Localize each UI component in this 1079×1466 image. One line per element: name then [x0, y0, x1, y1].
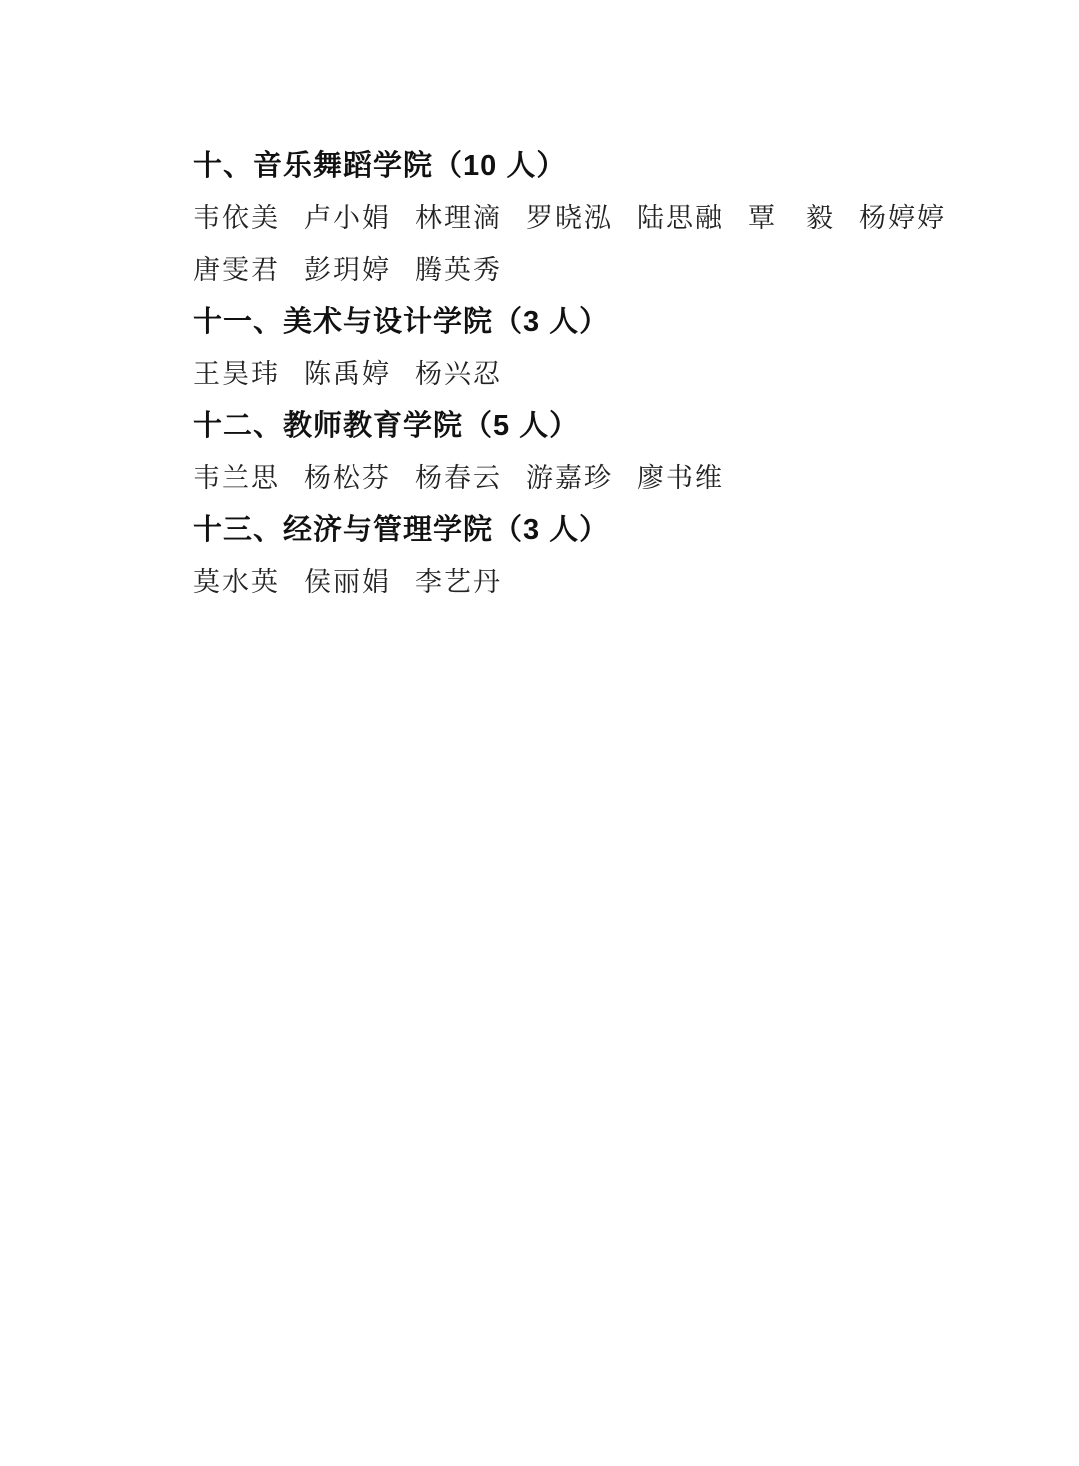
section-heading-line: 十、音乐舞蹈学院（10 人）: [193, 137, 979, 189]
person-name: 腾英秀: [415, 248, 502, 287]
section-heading: 十、音乐舞蹈学院（10 人）: [193, 143, 566, 184]
person-name: 莫水英: [193, 560, 280, 599]
person-name: 韦兰思: [193, 456, 280, 495]
person-name: 王昊玮: [193, 352, 280, 391]
person-name: 杨兴忍: [415, 352, 502, 391]
person-name: 唐雯君: [193, 248, 280, 287]
person-name: 杨婷婷: [859, 196, 946, 235]
section-heading-line: 十三、经济与管理学院（3 人）: [193, 501, 979, 553]
person-name: 林理滴: [415, 196, 502, 235]
section-heading: 十二、教师教育学院（5 人）: [193, 403, 579, 444]
document-content: 十、音乐舞蹈学院（10 人）韦依美卢小娟林理滴罗晓泓陆思融覃 毅杨婷婷唐雯君彭玥…: [193, 137, 979, 605]
name-line: 王昊玮陈禹婷杨兴忍: [193, 345, 979, 397]
name-line: 唐雯君彭玥婷腾英秀: [193, 241, 979, 293]
person-name: 杨松芬: [304, 456, 391, 495]
section-heading: 十三、经济与管理学院（3 人）: [193, 507, 609, 548]
person-name: 彭玥婷: [304, 248, 391, 287]
name-line: 韦依美卢小娟林理滴罗晓泓陆思融覃 毅杨婷婷: [193, 189, 979, 241]
name-line: 莫水英侯丽娟李艺丹: [193, 553, 979, 605]
section-heading-line: 十一、美术与设计学院（3 人）: [193, 293, 979, 345]
document-page: 十、音乐舞蹈学院（10 人）韦依美卢小娟林理滴罗晓泓陆思融覃 毅杨婷婷唐雯君彭玥…: [0, 0, 1079, 1466]
name-line: 韦兰思杨松芬杨春云游嘉珍廖书维: [193, 449, 979, 501]
person-name: 陆思融: [637, 196, 724, 235]
person-name: 覃 毅: [748, 196, 835, 235]
person-name: 卢小娟: [304, 196, 391, 235]
person-name: 游嘉珍: [526, 456, 613, 495]
section-heading: 十一、美术与设计学院（3 人）: [193, 299, 609, 340]
person-name: 陈禹婷: [304, 352, 391, 391]
person-name: 李艺丹: [415, 560, 502, 599]
person-name: 罗晓泓: [526, 196, 613, 235]
person-name: 廖书维: [637, 456, 724, 495]
person-name: 侯丽娟: [304, 560, 391, 599]
person-name: 韦依美: [193, 196, 280, 235]
person-name: 杨春云: [415, 456, 502, 495]
section-heading-line: 十二、教师教育学院（5 人）: [193, 397, 979, 449]
